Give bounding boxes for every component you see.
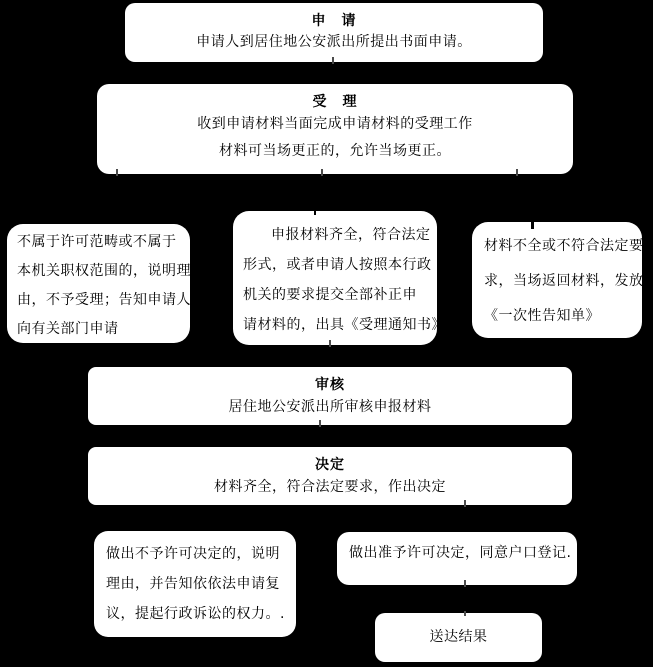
acceptance-step-title: 受 理 [97, 91, 573, 111]
apply-step-box: 申 请 申请人到居住地公安派出所提出书面申请。 [125, 3, 543, 62]
apply-step-description: 申请人到居住地公安派出所提出书面申请。 [125, 30, 543, 55]
deny-decision-text-line3: 议，提起行政诉讼的权力。. [106, 599, 296, 629]
connector-tick [319, 420, 321, 427]
deliver-result-text: 送达结果 [375, 626, 542, 648]
review-step-title: 审核 [88, 374, 572, 394]
not-accepted-branch-text-line3: 由，不予受理；告知申请人 [17, 286, 190, 315]
materials-complete-branch-text-line1: 申报材料齐全，符合法定 [243, 220, 437, 250]
flowchart-canvas: 申 请 申请人到居住地公安派出所提出书面申请。 受 理 收到申请材料当面完成申请… [0, 0, 653, 667]
materials-complete-branch-text-line4: 请材料的，出具《受理通知书》 [243, 310, 437, 340]
not-accepted-branch-text-line2: 本机关职权范围的，说明理 [17, 257, 190, 286]
deliver-result-box: 送达结果 [375, 613, 542, 662]
apply-step-title: 申 请 [125, 10, 543, 30]
acceptance-step-box: 受 理 收到申请材料当面完成申请材料的受理工作 材料可当场更正的，允许当场更正。 [97, 84, 573, 174]
connector-tick [464, 500, 466, 507]
connector-tick [314, 210, 316, 215]
decision-step-box: 决定 材料齐全，符合法定要求，作出决定 [88, 447, 572, 505]
materials-complete-branch-box: 申报材料齐全，符合法定 形式，或者申请人按照本行政 机关的要求提交全部补正申 请… [233, 211, 437, 345]
connector-tick [464, 611, 466, 616]
materials-incomplete-branch-text-line3: 《一次性告知单》 [484, 299, 642, 334]
materials-incomplete-branch-box: 材料不全或不符合法定要 求，当场返回材料，发放 《一次性告知单》 [472, 222, 642, 338]
connector-tick [516, 169, 518, 176]
connector-tick [464, 580, 466, 587]
materials-complete-branch-text-line2: 形式，或者申请人按照本行政 [243, 250, 437, 280]
connector-tick [329, 340, 331, 347]
connector-tick [321, 169, 323, 176]
deny-decision-box: 做出不予许可决定的，说明 理由，并告知依依法申请复 议，提起行政诉讼的权力。. [94, 531, 296, 637]
review-step-box: 审核 居住地公安派出所审核申报材料 [88, 367, 572, 425]
not-accepted-branch-text-line4: 向有关部门申请 [17, 315, 190, 343]
acceptance-step-description-line1: 收到申请材料当面完成申请材料的受理工作 [97, 111, 573, 138]
connector-tick [116, 169, 118, 176]
review-step-description: 居住地公安派出所审核申报材料 [88, 394, 572, 420]
connector-tick [332, 57, 334, 64]
not-accepted-branch-box: 不属于许可范畴或不属于 本机关职权范围的，说明理 由，不予受理；告知申请人 向有… [7, 224, 190, 343]
acceptance-step-description-line2: 材料可当场更正的，允许当场更正。 [97, 138, 573, 165]
materials-incomplete-branch-text-line2: 求，当场返回材料，发放 [484, 264, 642, 299]
deny-decision-text-line1: 做出不予许可决定的，说明 [106, 539, 296, 569]
materials-incomplete-branch-text-line1: 材料不全或不符合法定要 [484, 229, 642, 264]
not-accepted-branch-text-line1: 不属于许可范畴或不属于 [17, 228, 190, 257]
materials-complete-branch-text-line3: 机关的要求提交全部补正申 [243, 280, 437, 310]
approve-decision-box: 做出准予许可决定，同意户口登记. [337, 532, 577, 585]
approve-decision-text: 做出准予许可决定，同意户口登记. [349, 542, 577, 564]
decision-step-description: 材料齐全，符合法定要求，作出决定 [88, 474, 572, 500]
connector-tick [531, 221, 534, 229]
decision-step-title: 决定 [88, 454, 572, 474]
deny-decision-text-line2: 理由，并告知依依法申请复 [106, 569, 296, 599]
